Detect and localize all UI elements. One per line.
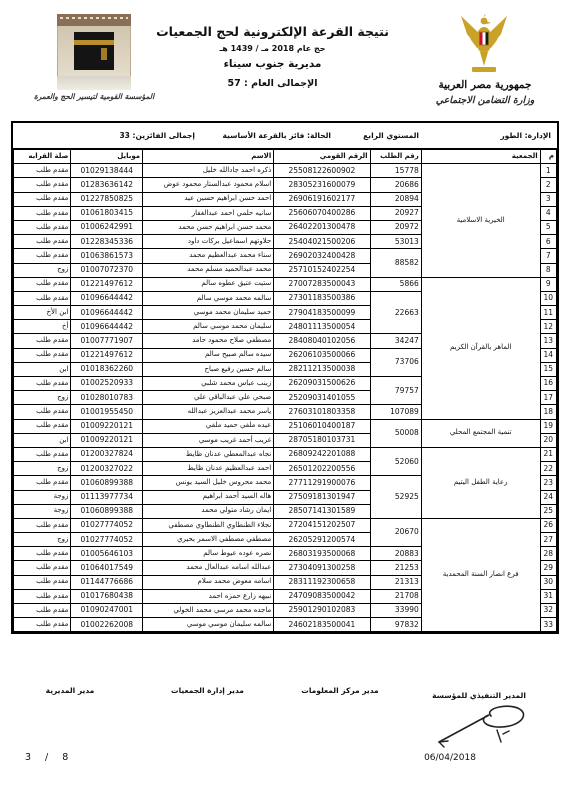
national-id-cell: 27711291900076 [274,476,370,490]
total-winners-label: إجمالى الفائزين: 33 [119,131,195,140]
name-cell: سالمه محمد موسي سالم [143,291,274,305]
serial-cell: 21 [540,447,556,461]
relationship-cell: ابن الأخ [14,306,71,320]
name-cell: زينب عباس محمد شلبي [143,377,274,391]
request-number-cell: 34247 [370,334,421,348]
request-number-cell: 21313 [370,575,421,589]
serial-cell: 9 [540,277,556,291]
name-cell: ماجده محمد مرسي محمد الخولي [143,604,274,618]
mobile-cell: 01027774052 [71,518,143,532]
signature-label-executive-director: المدير التنفيذي للمؤسسة [415,691,543,700]
mobile-cell: 01061803415 [71,206,143,220]
page-current: 3 [25,752,31,763]
relationship-cell: مقدم طلب [14,561,71,575]
directorate-name: مديرية جنوب سيناء [120,58,425,70]
request-number-cell: 52060 [370,447,421,475]
table-row: 9الماهر بالقرآن الكريم586627007283500043… [14,277,557,291]
document-date: 06/04/2018 [400,753,500,763]
egypt-eagle-emblem-icon [457,12,511,76]
relationship-cell: مقدم طلب [14,291,71,305]
name-cell: نجلاء الطنطاوي الطنطاوي مصطفي [143,518,274,532]
serial-cell: 32 [540,604,556,618]
name-cell: محمد محروس خليل السيد يونس [143,476,274,490]
serial-cell: 29 [540,561,556,575]
serial-cell: 12 [540,320,556,334]
page-total: 8 [62,752,68,763]
relationship-cell: مقدم طلب [14,547,71,561]
request-number-cell: 15778 [370,164,421,178]
serial-cell: 26 [540,518,556,532]
serial-cell: 13 [540,334,556,348]
table-row: 21رعاية الطفل اليتيم5206026809242201088ن… [14,447,557,461]
request-number-cell: 21708 [370,589,421,603]
mobile-cell: 01027774052 [71,533,143,547]
column-header-0: م [540,150,556,164]
mobile-cell: 01096644442 [71,306,143,320]
request-number-cell: 21253 [370,561,421,575]
mobile-cell: 01001955450 [71,405,143,419]
serial-cell: 31 [540,589,556,603]
table-row: 26فرع انصار السنة المحمدية20670272041512… [14,518,557,532]
national-id-cell: 24709083500042 [274,589,370,603]
serial-cell: 30 [540,575,556,589]
serial-cell: 10 [540,291,556,305]
relationship-cell: مقدم طلب [14,249,71,263]
republic-name: جمهورية مصر العربية [420,79,550,91]
relationship-cell: مقدم طلب [14,334,71,348]
name-cell: نجاه عبدالمعطي عدنان ظايط [143,447,274,461]
relationship-cell: مقدم طلب [14,377,71,391]
request-number-cell: 50008 [370,419,421,447]
national-id-cell: 25606070400286 [274,206,370,220]
national-id-cell: 27007283500043 [274,277,370,291]
name-cell: سالمه سليمان موسي موسي [143,618,274,632]
serial-cell: 17 [540,391,556,405]
national-id-cell: 27304091300258 [274,561,370,575]
relationship-cell: مقدم طلب [14,518,71,532]
name-cell: محمد عبدالحميد مسلم محمد [143,263,274,277]
national-id-cell: 28507141301589 [274,504,370,518]
national-id-cell: 25404021500206 [274,235,370,249]
mobile-cell: 01227850825 [71,192,143,206]
relationship-cell: زوج [14,533,71,547]
request-number-cell: 53013 [370,235,421,249]
relationship-cell: مقدم طلب [14,348,71,362]
foundation-logo-caption: المؤسسة القومية لتيسير الحج والعمرة [30,92,158,101]
serial-cell: 11 [540,306,556,320]
mobile-cell: 01006242991 [71,220,143,234]
mobile-cell: 01007072370 [71,263,143,277]
hajj-year-line: حج عام 2018 مـ / 1439 هـ [120,44,425,53]
signature-label-associations-manager: مدير إدارة الجمعيات [150,686,265,695]
national-id-cell: 25209031401055 [274,391,370,405]
relationship-cell: مقدم طلب [14,277,71,291]
serial-cell: 2 [540,178,556,192]
mobile-cell: 01096644442 [71,320,143,334]
mobile-cell: 01063861573 [71,249,143,263]
name-cell: اسامه معوض محمد سلام [143,575,274,589]
name-cell: احمد عبدالعظيم عدنان ظايط [143,462,274,476]
mobile-cell: 01029138444 [71,164,143,178]
kaaba-door [101,48,107,60]
relationship-cell: مقدم طلب [14,419,71,433]
serial-cell: 15 [540,362,556,376]
national-id-cell: 27204151202507 [274,518,370,532]
serial-cell: 4 [540,206,556,220]
mobile-cell: 01144776686 [71,575,143,589]
serial-cell: 5 [540,220,556,234]
request-number-cell: 20883 [370,547,421,561]
relationship-cell: مقدم طلب [14,178,71,192]
status-label: الحالة: فائز بالقرعة الأساسية [222,131,331,140]
mobile-cell: 01005646103 [71,547,143,561]
name-cell: احمد حسن ابراهيم حسين عيد [143,192,274,206]
mobile-cell: 01007771907 [71,334,143,348]
association-cell: رعاية الطفل اليتيم [421,447,540,518]
mobile-cell: 01228345336 [71,235,143,249]
name-cell: اسلام محمود عبدالستار محمود عوض [143,178,274,192]
serial-cell: 24 [540,490,556,504]
relationship-cell: زوج [14,462,71,476]
mobile-cell: 01113977734 [71,490,143,504]
association-cell: تنمية المجتمع المحلي [421,419,540,447]
request-number-cell: 20972 [370,220,421,234]
mobile-cell: 01028010783 [71,391,143,405]
table-header-row: مالجمعيةرقم الطلبالرقم القوميالاسمموبايل… [14,150,557,164]
serial-cell: 6 [540,235,556,249]
page-separator: / [45,752,48,763]
national-id-cell: 25710152402254 [274,263,370,277]
mobile-cell: 01283636142 [71,178,143,192]
serial-cell: 16 [540,377,556,391]
kaaba-crowd-area [57,76,131,90]
name-cell: مصطفي صلاح محمود حامد [143,334,274,348]
national-id-cell: 25106010400187 [274,419,370,433]
national-id-cell: 27301183500386 [274,291,370,305]
name-cell: ايمان رشاد متولي محمد [143,504,274,518]
name-cell: عيده ملفي حميد ملفي [143,419,274,433]
national-id-cell: 27904183500099 [274,306,370,320]
national-id-cell: 26501202200556 [274,462,370,476]
mobile-cell: 01060899388 [71,504,143,518]
table-row: 19تنمية المجتمع المحلي500082510601040018… [14,419,557,433]
table-row: 1الخيرية الاسلامية1577825508122600902ذكر… [14,164,557,178]
national-id-cell: 26809242201088 [274,447,370,461]
serial-cell: 14 [540,348,556,362]
relationship-cell: مقدم طلب [14,476,71,490]
relationship-cell: مقدم طلب [14,604,71,618]
national-id-cell: 26209031500626 [274,377,370,391]
name-cell: حميد سليمان محمد موسي [143,306,274,320]
request-number-cell: 20894 [370,192,421,206]
national-id-cell: 26206103500066 [274,348,370,362]
serial-cell: 28 [540,547,556,561]
document-title: نتيجة القرعة الإلكترونية لحج الجمعيات [120,24,425,39]
mobile-cell: 01018362260 [71,362,143,376]
serial-cell: 18 [540,405,556,419]
serial-cell: 1 [540,164,556,178]
national-id-cell: 28408040102056 [274,334,370,348]
national-id-cell: 26402201300478 [274,220,370,234]
name-cell: نصره عوده عيوط سالم [143,547,274,561]
serial-cell: 3 [540,192,556,206]
name-cell: عبدالله اسامه عبدالعال محمد [143,561,274,575]
document-page: جمهورية مصر العربية وزارة التضامن الاجتم… [0,0,566,800]
relationship-cell: زوج [14,391,71,405]
relationship-cell: زوج [14,263,71,277]
national-id-cell: 28211213500038 [274,362,370,376]
national-id-cell: 27509181301947 [274,490,370,504]
signature-label-information-center-manager: مدير مركز المعلومات [285,686,395,695]
request-number-cell: 20927 [370,206,421,220]
name-cell: سالم حسين رفيع صباح [143,362,274,376]
association-cell: فرع انصار السنة المحمدية [421,518,540,632]
serial-cell: 22 [540,462,556,476]
relationship-cell: مقدم طلب [14,405,71,419]
column-header-3: الرقم القومي [274,150,370,164]
request-number-cell: 97832 [370,618,421,632]
national-id-cell: 25901290102083 [274,604,370,618]
level-label: المستوي الرابع [363,131,419,140]
mobile-cell: 01200327022 [71,462,143,476]
ministry-name: وزارة التضامن الاجتماعي [420,95,550,106]
request-number-cell: 33990 [370,604,421,618]
mobile-cell: 01002262008 [71,618,143,632]
mobile-cell: 01060899388 [71,476,143,490]
serial-cell: 27 [540,533,556,547]
mobile-cell: 01002520933 [71,377,143,391]
serial-cell: 25 [540,504,556,518]
results-table-container: الإدارة: الطور المستوي الرابع الحالة: فا… [11,121,559,634]
column-header-4: الاسم [143,150,274,164]
request-number-cell: 107089 [370,405,421,419]
kaaba-gold-band [74,40,114,45]
serial-cell: 19 [540,419,556,433]
kaaba-cube [74,32,114,70]
relationship-cell: زوجة [14,504,71,518]
relationship-cell: زوجة [14,490,71,504]
name-cell: مصطفي مصطفي الاسمر بحيري [143,533,274,547]
relationship-cell: مقدم طلب [14,618,71,632]
grand-total: الإجمالى العام : 57 [120,78,425,89]
request-number-cell: 5866 [370,277,421,291]
relationship-cell: مقدم طلب [14,589,71,603]
relationship-cell: ابن [14,362,71,376]
kaaba-logo-top-band [57,14,131,26]
page-number: 3 / 8 [25,752,68,763]
administration-label: الإدارة: الطور [500,131,551,140]
serial-cell: 33 [540,618,556,632]
request-number-cell: 88582 [370,249,421,277]
mobile-cell: 01096644442 [71,291,143,305]
request-number-cell: 73706 [370,348,421,376]
column-header-1: الجمعية [421,150,540,164]
relationship-cell: مقدم طلب [14,164,71,178]
mobile-cell: 01017680438 [71,589,143,603]
national-id-cell: 27603101803358 [274,405,370,419]
name-cell: صبحي علي عبدالباقي علي [143,391,274,405]
mobile-cell: 01064017549 [71,561,143,575]
mobile-cell: 01221497612 [71,348,143,362]
association-cell: الخيرية الاسلامية [421,164,540,278]
relationship-cell: مقدم طلب [14,220,71,234]
mobile-cell: 01200327824 [71,447,143,461]
kaaba-logo-icon [57,14,131,90]
column-header-2: رقم الطلب [370,150,421,164]
national-id-cell: 28305231600079 [274,178,370,192]
relationship-cell: مقدم طلب [14,235,71,249]
serial-cell: 7 [540,249,556,263]
relationship-cell: مقدم طلب [14,206,71,220]
national-id-cell: 26205291200574 [274,533,370,547]
signature-scribble [425,700,535,756]
name-cell: ياسر محمد عبدالعزيز عبدالله [143,405,274,419]
request-number-cell: 79757 [370,377,421,405]
signature-label-directorate-manager: مدير المديرية [25,686,115,695]
mobile-cell: 01009220121 [71,419,143,433]
request-number-cell: 22663 [370,291,421,334]
request-number-cell: 20686 [370,178,421,192]
national-id-cell: 24602183500041 [274,618,370,632]
name-cell: ستيت عتيق عطوه سالم [143,277,274,291]
national-id-cell: 26902032400428 [274,249,370,263]
national-id-cell: 25508122600902 [274,164,370,178]
national-id-cell: 28705180103731 [274,433,370,447]
national-id-cell: 28311192300658 [274,575,370,589]
name-cell: هاله السيد أحمد ابراهيم [143,490,274,504]
name-cell: سيده سالم صبيح سالم [143,348,274,362]
column-header-5: موبايل [71,150,143,164]
relationship-cell: أخ [14,320,71,334]
name-cell: ذكره احمد جادالله خليل [143,164,274,178]
request-number-cell: 52925 [370,476,421,519]
info-bar: الإدارة: الطور المستوي الرابع الحالة: فا… [13,123,557,149]
serial-cell: 8 [540,263,556,277]
mobile-cell: 01221497612 [71,277,143,291]
name-cell: نبيهه زارع حمزه احمد [143,589,274,603]
name-cell: محمد حسن ابراهيم حسن محمد [143,220,274,234]
relationship-cell: مقدم طلب [14,575,71,589]
name-cell: حلاوتهم اسماعيل بركات داود [143,235,274,249]
serial-cell: 23 [540,476,556,490]
name-cell: سناء محمد عبدالعظيم محمد [143,249,274,263]
name-cell: سليمان محمد موسي سالم [143,320,274,334]
national-id-cell: 26906191602177 [274,192,370,206]
national-id-cell: 26803193500068 [274,547,370,561]
column-header-6: صلة القرابه [14,150,71,164]
name-cell: غريب أحمد غريب موسي [143,433,274,447]
relationship-cell: مقدم طلب [14,192,71,206]
relationship-cell: ابن [14,433,71,447]
request-number-cell: 20670 [370,518,421,546]
national-id-cell: 24801113500054 [274,320,370,334]
results-table: مالجمعيةرقم الطلبالرقم القوميالاسمموبايل… [13,149,557,632]
mobile-cell: 01090247001 [71,604,143,618]
serial-cell: 20 [540,433,556,447]
mobile-cell: 01009220121 [71,433,143,447]
association-cell: الماهر بالقرآن الكريم [421,277,540,419]
relationship-cell: مقدم طلب [14,447,71,461]
name-cell: سانيه حلمي احمد عبدالغفار [143,206,274,220]
